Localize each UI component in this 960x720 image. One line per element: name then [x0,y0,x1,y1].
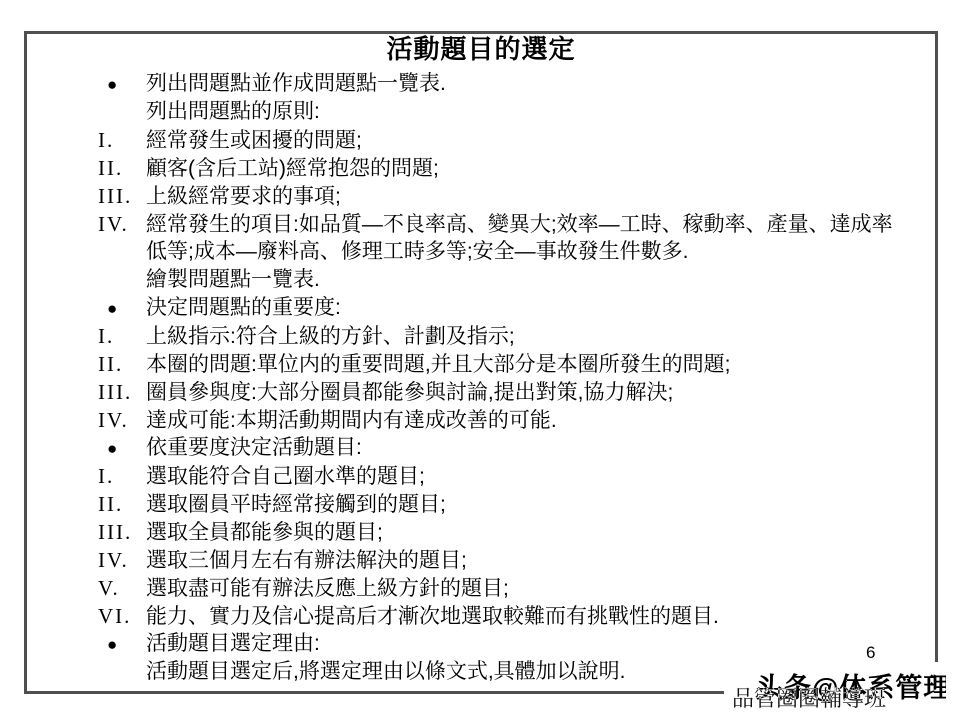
bullet-icon: ● [98,435,146,463]
content-line: 繪製問題點一覽表. [0,266,960,294]
line-text: 活動題目選定后,將選定理由以條文式,具體加以說明. [146,658,626,686]
bullet-icon: ● [98,631,146,659]
line-marker: III. [98,518,146,546]
content-line: II. 本圈的問題:單位内的重要問題,并且大部分是本圈所發生的問題; [0,350,960,378]
content-line: ● 活動題目選定理由: [0,630,960,658]
line-marker: II. [98,350,146,378]
content-line: VI. 能力、實力及信心提高后才漸次地選取較難而有挑戰性的題目. [0,602,960,630]
line-marker: I. [98,462,146,490]
line-text: 選取三個月左右有辦法解決的題目; [146,547,467,575]
line-text: 顧客(含后工站)經常抱怨的問題; [146,155,439,183]
watermark-text: 头条@体系管理 [756,666,951,705]
line-text: 圈員參與度:大部分圈員都能參與討論,提出對策,協力解決; [146,379,673,407]
line-marker: II. [98,490,146,518]
content-line: III. 選取全員都能參與的題目; [0,518,960,546]
content-line: ● 依重要度決定活動題目: [0,434,960,462]
line-marker: V. [98,574,146,602]
content-line: IV. 經常發生的項目:如品質—不良率高、變異大;效率—工時、稼動率、產量、達成… [0,210,960,238]
line-text: 經常發生的項目:如品質—不良率高、變異大;效率—工時、稼動率、產量、達成率 [146,211,893,239]
content-line: II. 顧客(含后工站)經常抱怨的問題; [0,154,960,182]
line-marker: III. [98,378,146,406]
page-title: 活動題目的選定 [24,33,938,65]
line-text: 選取盡可能有辦法反應上級方針的題目; [146,575,509,603]
line-marker: IV. [98,210,146,238]
line-text: 列出問題點並作成問題點一覽表. [146,70,446,98]
line-marker: III. [98,182,146,210]
footer: 品管圈圈輔導班 头条@体系管理 [724,662,946,716]
line-marker: IV. [98,406,146,434]
line-text: 能力、實力及信心提高后才漸次地選取較難而有挑戰性的題目. [146,603,719,631]
line-marker: IV. [98,546,146,574]
line-marker: VI. [98,602,146,630]
content-line: III. 上級經常要求的事項; [0,182,960,210]
bullet-icon: ● [98,71,146,99]
line-text: 選取全員都能參與的題目; [146,519,383,547]
line-text: 低等;成本—廢料高、修理工時多等;安全—事故發生件數多. [146,238,689,266]
line-text: 上級指示:符合上級的方針、計劃及指示; [146,323,515,351]
line-text: 上級經常要求的事項; [146,183,341,211]
line-text: 本圈的問題:單位内的重要問題,并且大部分是本圈所發生的問題; [146,351,731,379]
content-line: II. 選取圈員平時經常接觸到的題目; [0,490,960,518]
content-line: IV. 選取三個月左右有辦法解決的題目; [0,546,960,574]
line-marker: I. [98,126,146,154]
content-line: I. 經常發生或困擾的問題; [0,126,960,154]
content-line: 列出問題點的原則: [0,98,960,126]
line-text: 選取能符合自己圈水準的題目; [146,463,425,491]
content-line: I. 上級指示:符合上級的方針、計劃及指示; [0,322,960,350]
content-line: IV. 達成可能:本期活動期間内有達成改善的可能. [0,406,960,434]
content-line: ● 列出問題點並作成問題點一覽表. [0,70,960,98]
bullet-icon: ● [98,295,146,323]
content-line: ● 決定問題點的重要度: [0,294,960,322]
line-text: 依重要度決定活動題目: [146,434,362,462]
line-text: 決定問題點的重要度: [146,294,341,322]
line-text: 達成可能:本期活動期間内有達成改善的可能. [146,407,557,435]
line-text: 選取圈員平時經常接觸到的題目; [146,491,446,519]
line-marker: II. [98,154,146,182]
page-number: 6 [866,643,875,663]
content-line: III. 圈員參與度:大部分圈員都能參與討論,提出對策,協力解決; [0,378,960,406]
content-line: I. 選取能符合自己圈水準的題目; [0,462,960,490]
slide-body: ● 列出問題點並作成問題點一覽表. 列出問題點的原則: I. 經常發生或困擾的問… [0,70,960,686]
line-marker: I. [98,322,146,350]
content-line: V. 選取盡可能有辦法反應上級方針的題目; [0,574,960,602]
content-line: 低等;成本—廢料高、修理工時多等;安全—事故發生件數多. [0,238,960,266]
line-text: 活動題目選定理由: [146,630,320,658]
line-text: 繪製問題點一覽表. [146,266,320,294]
line-text: 列出問題點的原則: [146,98,320,126]
line-text: 經常發生或困擾的問題; [146,127,362,155]
